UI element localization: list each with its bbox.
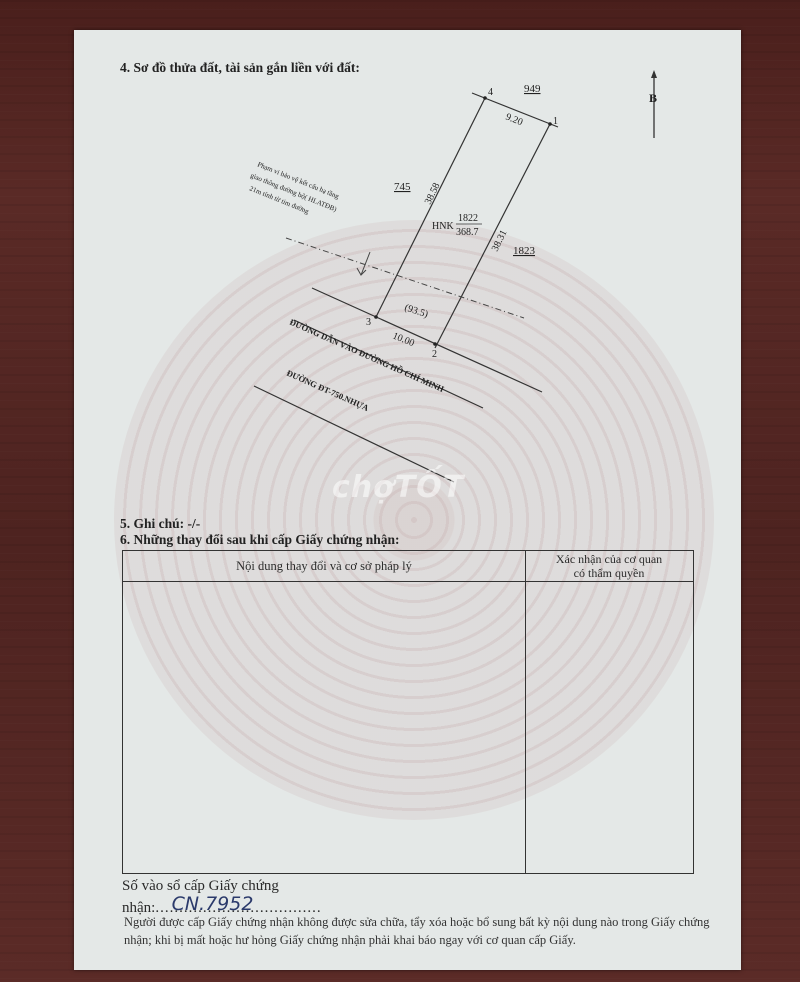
registry-number-handwritten: CN.7952 — [172, 893, 254, 915]
column-header-changes: Nội dung thay đổi và cơ sở pháp lý — [123, 551, 525, 581]
svg-text:38.58: 38.58 — [423, 181, 443, 206]
svg-text:B: B — [649, 91, 657, 105]
svg-text:1823: 1823 — [513, 245, 536, 257]
svg-text:HNK: HNK — [432, 221, 454, 232]
certificate-page: 4. Sơ đồ thửa đất, tài sản gắn liền với … — [74, 30, 741, 970]
section-5-heading: 5. Ghi chú: -/- — [120, 516, 200, 532]
chotot-watermark: chợTỐT — [332, 470, 464, 505]
svg-text:2: 2 — [432, 349, 437, 360]
svg-text:(93.5): (93.5) — [403, 302, 429, 320]
parcel-diagram: B 4 1 3 2 949 745 1823 9.20 38.58 — [74, 30, 741, 530]
svg-text:949: 949 — [524, 83, 541, 95]
svg-text:ĐƯỜNG ĐT-750.NHỰA: ĐƯỜNG ĐT-750.NHỰA — [285, 368, 371, 414]
svg-text:38.31: 38.31 — [490, 228, 510, 253]
svg-text:4: 4 — [488, 87, 493, 98]
table-column-divider — [525, 551, 526, 873]
north-arrow-icon: B — [649, 70, 657, 138]
section-6-heading: 6. Những thay đổi sau khi cấp Giấy chứng… — [120, 532, 400, 548]
svg-text:1822: 1822 — [458, 213, 478, 224]
changes-table: Nội dung thay đổi và cơ sở pháp lý Xác n… — [122, 550, 694, 874]
registry-number-line: Số vào sổ cấp Giấy chứng nhận:..........… — [122, 878, 414, 917]
svg-text:3: 3 — [366, 317, 371, 328]
svg-text:745: 745 — [394, 181, 411, 193]
svg-text:1: 1 — [553, 116, 558, 127]
svg-text:9.20: 9.20 — [504, 112, 524, 129]
svg-text:368.7: 368.7 — [456, 227, 479, 238]
footer-note: Người được cấp Giấy chứng nhận không đượ… — [124, 913, 724, 949]
confirmation-header-line2: có thẩm quyền — [525, 566, 693, 580]
column-header-confirmation: Xác nhận của cơ quan có thẩm quyền — [525, 551, 693, 582]
confirmation-header-line1: Xác nhận của cơ quan — [525, 552, 693, 566]
